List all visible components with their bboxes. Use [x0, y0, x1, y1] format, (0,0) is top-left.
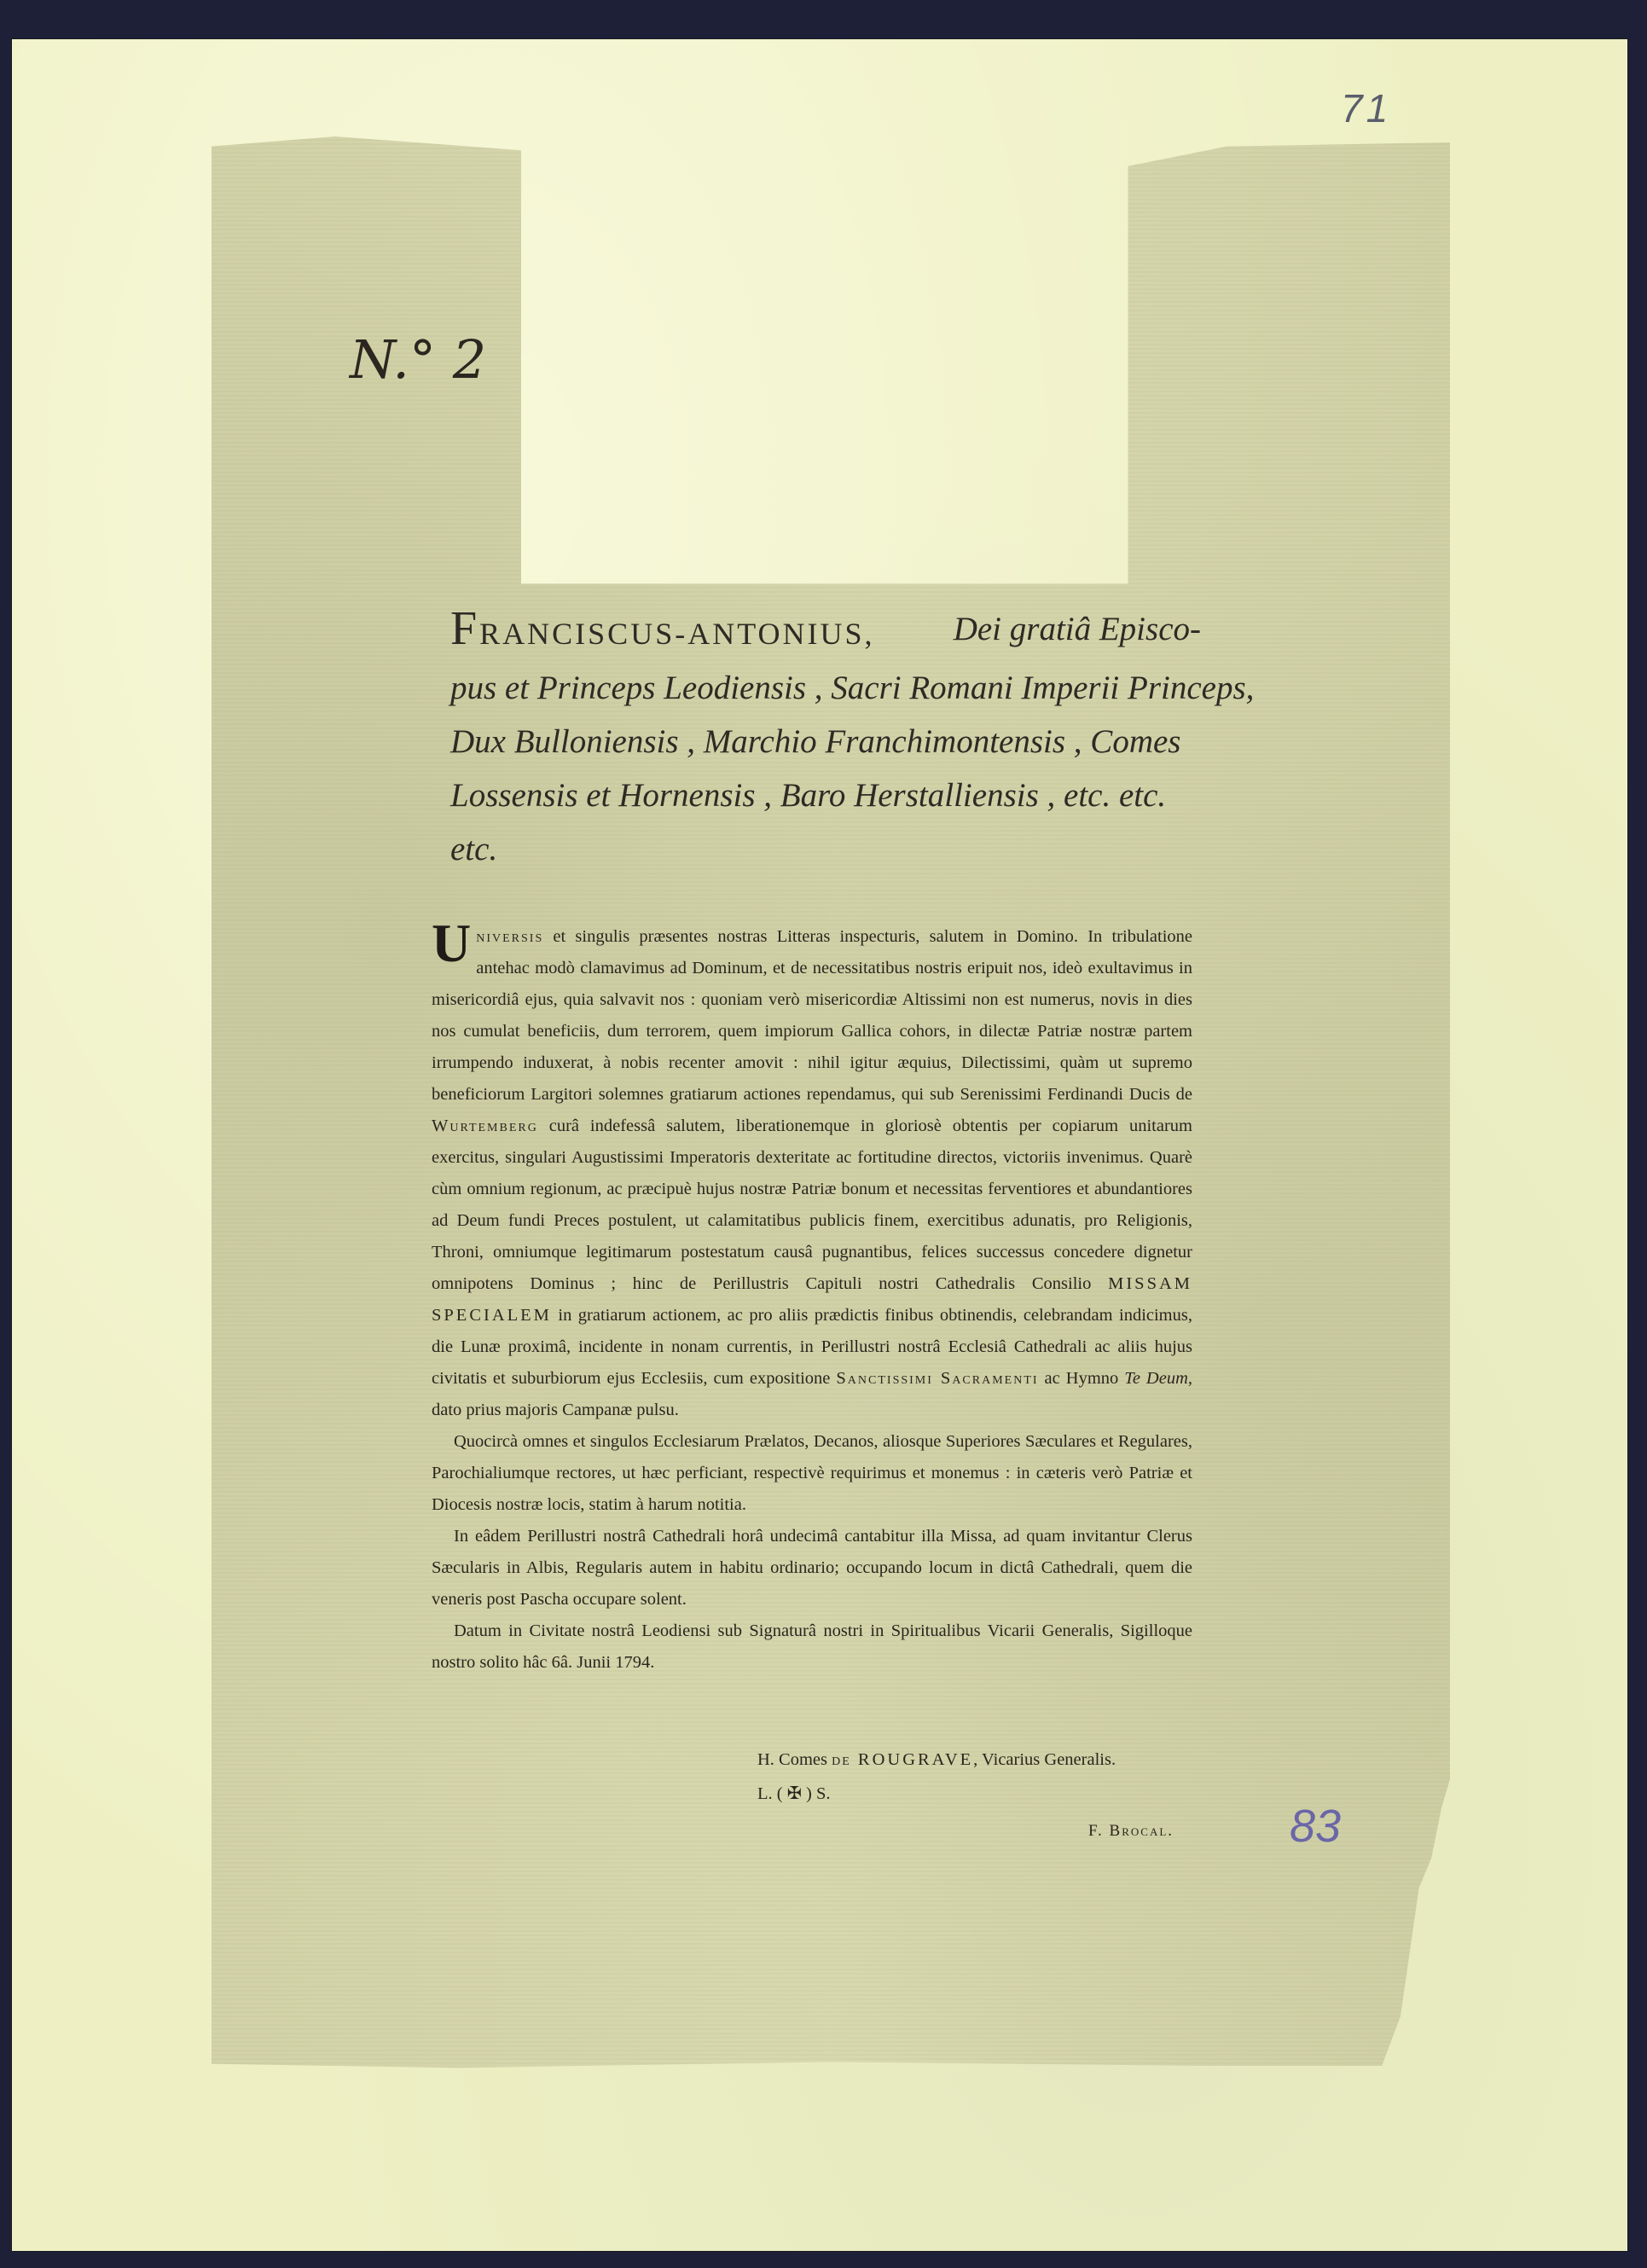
- folio-number: 71: [1341, 85, 1391, 131]
- decree-body: Universis et singulis præsentes nostras …: [432, 921, 1192, 1679]
- paragraph-1: Universis et singulis præsentes nostras …: [432, 921, 1192, 1426]
- drop-cap: U: [432, 923, 471, 964]
- title-line-2: pus et Princeps Leodiensis , Sacri Roman…: [450, 661, 1201, 715]
- paragraph-2: Quocircà omnes et singulos Ecclesiarum P…: [432, 1426, 1192, 1521]
- title-line-1: FRANCISCUS-ANTONIUS, Dei gratiâ Episco-: [450, 602, 1201, 661]
- archive-stamp-number: 83: [1290, 1800, 1341, 1853]
- vicar-signature: H. Comes de ROUGRAVE, Vicarius Generalis…: [757, 1750, 1116, 1770]
- paragraph-4: Datum in Civitate nostrâ Leodiensi sub S…: [432, 1615, 1192, 1679]
- bishop-name: FRANCISCUS-ANTONIUS,: [450, 602, 875, 661]
- paragraph-3: In eâdem Perillustri nostrâ Cathedrali h…: [432, 1521, 1192, 1615]
- title-block: FRANCISCUS-ANTONIUS, Dei gratiâ Episco- …: [450, 602, 1201, 876]
- document-number: N.° 2: [350, 328, 486, 391]
- title-text: Dei gratiâ Episco-: [954, 602, 1201, 661]
- seal-mark: L. ( ✠ ) S.: [757, 1783, 831, 1804]
- title-line-3: Dux Bulloniensis , Marchio Franchimonten…: [450, 715, 1201, 769]
- title-line-4: Lossensis et Hornensis , Baro Herstallie…: [450, 769, 1201, 876]
- secretary-signature: F. Brocal.: [1088, 1822, 1174, 1841]
